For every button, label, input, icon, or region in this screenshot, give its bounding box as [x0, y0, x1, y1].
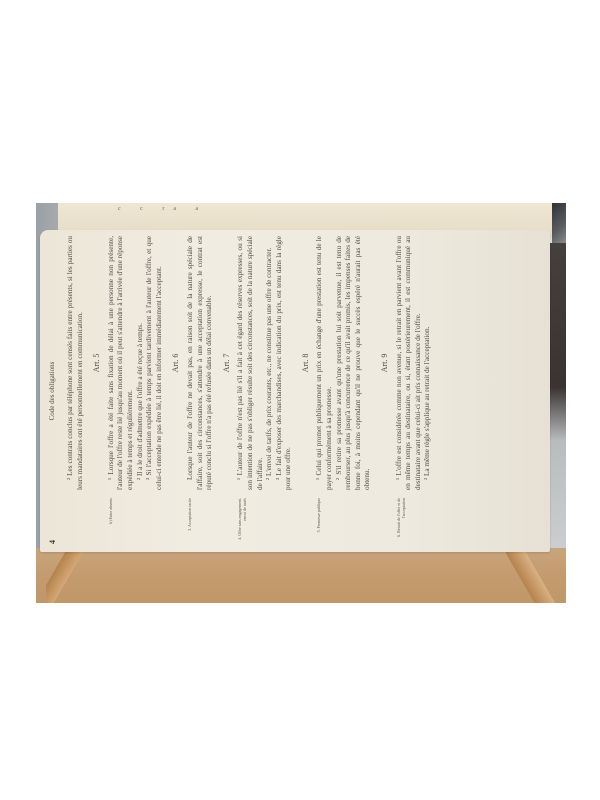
back-page-marks: c c ra a: [118, 206, 207, 212]
stand-leg: [46, 548, 86, 603]
page-body: ² Les contrats conclus par téléphone son…: [66, 236, 433, 490]
paragraph: ¹ L'auteur de l'offre n'est pas lié s'il…: [236, 236, 265, 490]
paragraph: ² L'envoi de tarifs, de prix courants, e…: [265, 236, 275, 490]
paragraph: ² Il a le droit d'admettre que l'offre a…: [136, 236, 146, 490]
margin-note: 6. Retrait de l'offre et de l'acceptatio…: [396, 498, 406, 548]
article-block: b) Entre absents¹ Lorsque l'offre a été …: [107, 236, 165, 490]
article-heading: Art. 5: [92, 236, 102, 490]
margin-note: 4. Offre sans engagement, envoi de tarif…: [237, 498, 247, 548]
stand-leg: [506, 548, 556, 603]
margin-note: 5. Promesse publique: [316, 498, 321, 548]
paragraph: ¹ Lorsque l'offre a été faite sans fixat…: [107, 236, 136, 490]
article-heading: Art. 6: [171, 236, 181, 490]
paragraph: ³ Le fait d'exposer des marchandises, av…: [275, 236, 294, 490]
paragraph: ¹ Celui qui promet publiquement un prix …: [315, 236, 334, 490]
article-heading: Art. 8: [301, 236, 311, 490]
article-block: 3. Acceptation taciteLorsque l'auteur de…: [186, 236, 215, 490]
paragraph: ¹ L'offre est considérée comme non avenu…: [395, 236, 424, 490]
paragraph: ² La même règle s'applique au retrait de…: [423, 236, 433, 490]
article-block: ² Les contrats conclus par téléphone son…: [66, 236, 85, 490]
article-heading: Art. 7: [222, 236, 232, 490]
article-block: 4. Offre sans engagement, envoi de tarif…: [236, 236, 294, 490]
book-page: 4 Code des obligations ² Les contrats co…: [40, 230, 550, 552]
paragraph: ² Les contrats conclus par téléphone son…: [66, 236, 85, 490]
book-stand: [36, 548, 566, 603]
paragraph: ³ Si l'acceptation expédiée à temps parv…: [145, 236, 164, 490]
running-head: Code des obligations: [48, 230, 58, 552]
background-object: [552, 203, 566, 243]
page-content: 4 Code des obligations ² Les contrats co…: [40, 230, 550, 552]
book-photo: c c ra a 4 Code des obligations ² Les co…: [36, 203, 566, 603]
article-heading: Art. 9: [380, 236, 390, 490]
article-block: 5. Promesse publique¹ Celui qui promet p…: [315, 236, 373, 490]
margin-note: b) Entre absents: [108, 498, 113, 548]
article-block: 6. Retrait de l'offre et de l'acceptatio…: [395, 236, 433, 490]
paragraph: Lorsque l'auteur de l'offre ne devait pa…: [186, 236, 215, 490]
margin-note: 3. Acceptation tacite: [187, 498, 192, 548]
paragraph: ² S'il retire sa promesse avant qu'une p…: [335, 236, 373, 490]
